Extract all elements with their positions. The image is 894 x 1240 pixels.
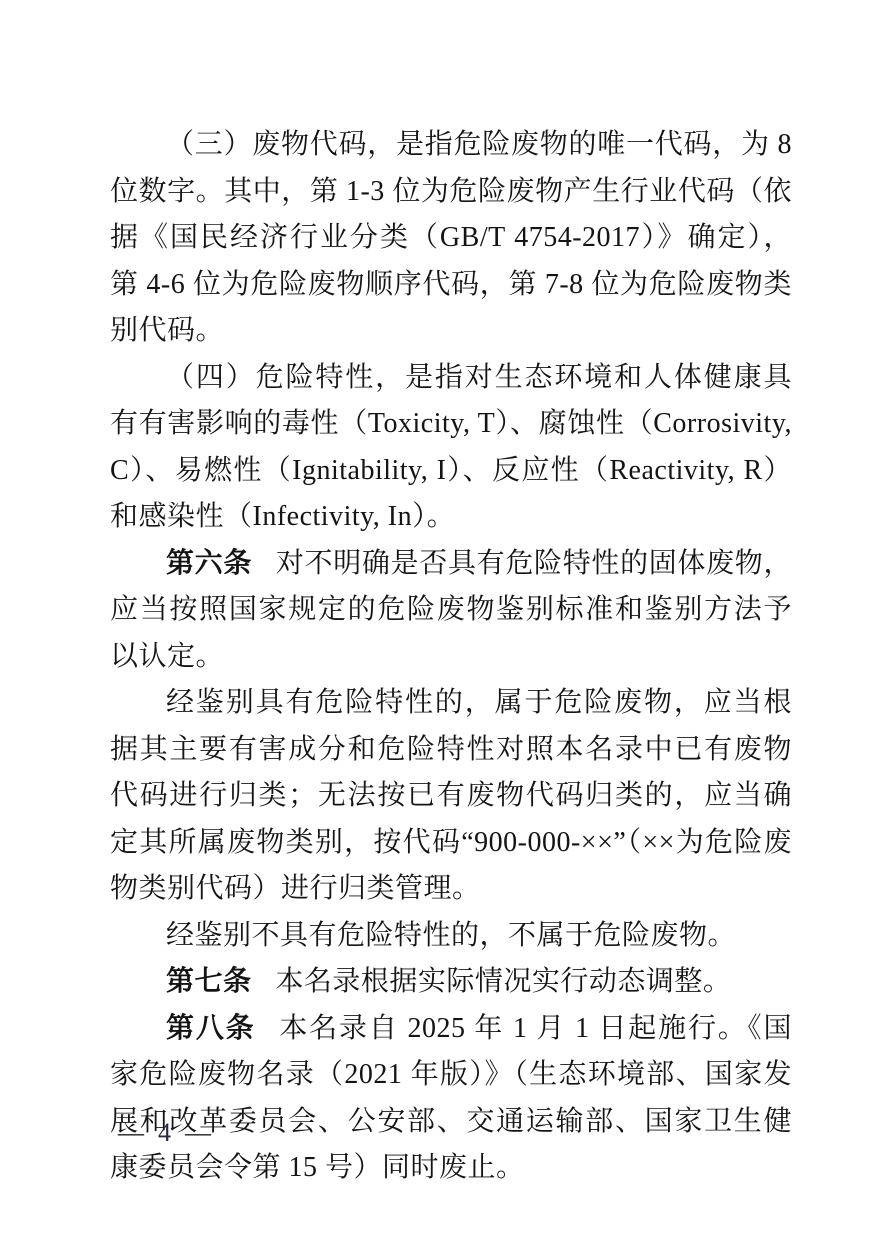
paragraph-text: 本名录根据实际情况实行动态调整。	[275, 966, 731, 997]
paragraph-identified-not-hazardous: 经鉴别不具有危险特性的，不属于危险废物。	[110, 913, 792, 960]
document-page: （三）废物代码，是指危险废物的唯一代码，为 8 位数字。其中，第 1-3 位为危…	[0, 0, 894, 1240]
page-footer: —4—	[108, 1118, 221, 1148]
paragraph-article-8: 第八条本名录自 2025 年 1 月 1 日起施行。《国家危险废物名录（2021…	[110, 1006, 792, 1192]
paragraph-waste-code-definition: （三）废物代码，是指危险废物的唯一代码，为 8 位数字。其中，第 1-3 位为危…	[110, 122, 792, 355]
page-number: 4	[154, 1118, 175, 1147]
paragraph-article-7: 第七条本名录根据实际情况实行动态调整。	[110, 959, 792, 1006]
article-8-heading: 第八条	[166, 1013, 256, 1044]
paragraph-identified-hazardous: 经鉴别具有危险特性的，属于危险废物，应当根据其主要有害成分和危险特性对照本名录中…	[110, 680, 792, 913]
footer-right-dash: —	[175, 1118, 221, 1147]
paragraph-article-6: 第六条对不明确是否具有危险特性的固体废物，应当按照国家规定的危险废物鉴别标准和鉴…	[110, 541, 792, 681]
paragraph-text: （四）危险特性，是指对生态环境和人体健康具有有害影响的毒性（Toxicity, …	[110, 362, 792, 533]
article-7-heading: 第七条	[166, 966, 252, 997]
paragraph-hazard-characteristics-definition: （四）危险特性，是指对生态环境和人体健康具有有害影响的毒性（Toxicity, …	[110, 355, 792, 541]
paragraph-text: 经鉴别不具有危险特性的，不属于危险废物。	[166, 920, 736, 951]
article-6-heading: 第六条	[166, 548, 252, 579]
document-body: （三）废物代码，是指危险废物的唯一代码，为 8 位数字。其中，第 1-3 位为危…	[110, 122, 792, 1192]
footer-left-dash: —	[108, 1118, 154, 1147]
paragraph-text: （三）废物代码，是指危险废物的唯一代码，为 8 位数字。其中，第 1-3 位为危…	[110, 129, 792, 346]
paragraph-text: 经鉴别具有危险特性的，属于危险废物，应当根据其主要有害成分和危险特性对照本名录中…	[110, 687, 792, 904]
